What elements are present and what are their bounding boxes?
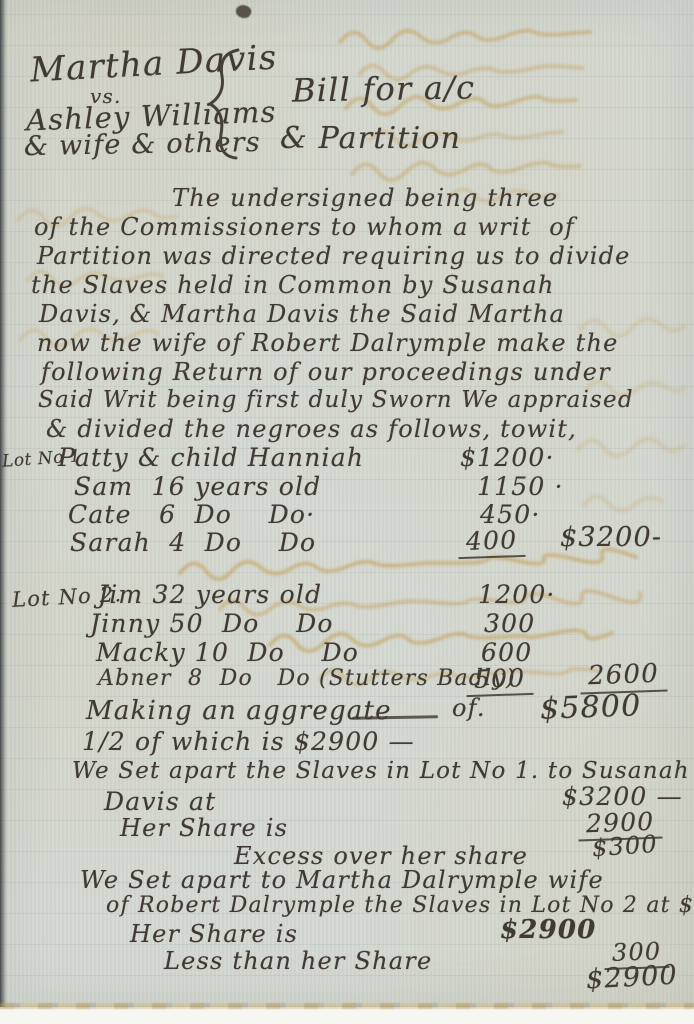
allocation-line: of Robert Dalrymple the Slaves in Lot No…	[106, 893, 694, 918]
aggregate-of: of.	[452, 694, 486, 722]
allocation-amount: $300	[591, 830, 659, 863]
allocation-amount: $3200 —	[562, 782, 683, 811]
lot2-row-value: 300	[484, 609, 535, 638]
body-line: Davis, & Martha Davis the Said Martha	[39, 300, 565, 328]
aggregate-half-line: 1/2 of which is $2900 —	[82, 727, 415, 756]
body-line: Said Writ being first duly Sworn We appr…	[38, 387, 634, 413]
allocation-line: Less than her Share	[164, 947, 432, 975]
lot2-row-name: Macky 10 Do Do	[96, 638, 359, 667]
aggregate-text: Making an aggregate	[86, 696, 392, 726]
body-line: following Return of our proceedings unde…	[41, 358, 611, 386]
lot2-row-value: 1200·	[478, 580, 556, 609]
lot2-row-value: 500	[466, 664, 533, 696]
lot2-row-name: Abner 8 Do Do (Stutters Badly)	[98, 666, 516, 691]
lot1-total: $3200-	[560, 522, 662, 553]
lot1-row-name: Cate 6 Do Do·	[68, 500, 315, 529]
allocation-line: We Set apart to Martha Dalrymple wife	[80, 866, 604, 894]
body-line: The undersigned being three	[172, 184, 558, 212]
paper-bottom-edge	[0, 1003, 694, 1009]
allocation-amount: $2900	[500, 915, 596, 945]
lot1-row-name: Patty & child Hanniah	[58, 443, 364, 472]
aggregate-amount: $5800	[539, 688, 642, 727]
lot2-row-name: Jim 32 years old	[98, 580, 322, 609]
body-line: of the Commissioners to whom a writ of	[34, 213, 575, 241]
case-title-line1: Bill for a/c	[292, 68, 476, 109]
allocation-line: Her Share is	[130, 920, 298, 948]
body-line: & divided the negroes as follows, towit,	[46, 415, 577, 443]
lot1-row-value: $1200·	[460, 443, 555, 472]
allocation-line: Her Share is	[120, 814, 288, 842]
allocation-final-amount: $2900	[585, 960, 678, 996]
body-line: the Slaves held in Common by Susanah	[31, 271, 555, 299]
case-brace	[198, 46, 248, 162]
scanned-document-page: { "colors": { "paper": "#d4d8d1", "ink":…	[0, 0, 694, 1024]
allocation-line: Davis at	[104, 787, 216, 816]
allocation-line: We Set apart the Slaves in Lot No 1. to …	[72, 758, 690, 784]
case-title-line2: & Partition	[280, 121, 461, 156]
lot1-row-name: Sam 16 years old	[74, 472, 321, 501]
body-line: now the wife of Robert Dalrymple make th…	[37, 329, 619, 357]
lot2-row-name: Jinny 50 Do Do	[90, 609, 334, 638]
scan-edge-shadow	[0, 0, 7, 1007]
lot1-row-name: Sarah 4 Do Do	[70, 528, 316, 557]
lot1-row-value: 400	[458, 526, 525, 558]
body-line: Partition was directed requiring us to d…	[37, 242, 631, 270]
lot1-row-value: 1150 ·	[477, 472, 564, 501]
